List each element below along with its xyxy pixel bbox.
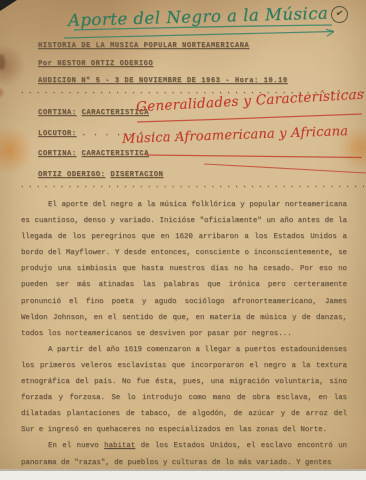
aged-paper-sheet: Aporte del Negro a la Música ✔ HISTORIA …: [0, 0, 366, 469]
paragraph-3: En el nuevo habitat de los Estados Unido…: [21, 438, 347, 470]
cue-value: DISERTACION: [110, 171, 163, 179]
cue-label: LOCUTOR:: [38, 130, 77, 138]
header-title: HISTORIA DE LA MUSICA POPULAR NORTEAMERI…: [38, 38, 358, 56]
cue-disertacion: ORTIZ ODERIGO:DISERTACION: [38, 165, 358, 186]
paragraph-2: A partir del año 1619 comenzaron a llega…: [21, 342, 347, 439]
cue-label: CORTINA:: [38, 150, 77, 158]
cue-label: ORTIZ ODERIGO:: [38, 171, 105, 179]
cue-value: CARACTERISTICA: [82, 150, 149, 158]
document-body: El aporte del negro a la música folklóri…: [21, 197, 347, 471]
scan-bed-edge: [0, 469, 366, 480]
handwritten-title: Aporte del Negro a la Música: [68, 3, 348, 30]
document-header: HISTORIA DE LA MUSICA POPULAR NORTEAMERI…: [38, 38, 358, 91]
cue-cortina-2: CORTINA:CARACTERISTICA: [38, 144, 358, 165]
header-author: Por NESTOR ORTIZ ODERIGO: [38, 56, 358, 74]
cue-label: CORTINA:: [38, 109, 77, 117]
paragraph-3-text: En el nuevo: [48, 442, 104, 450]
edge-smudge: [0, 88, 3, 97]
corner-fold-mark: [0, 0, 17, 11]
scanned-document-page: { "colors": { "paper": "#d7bd92", "typew…: [0, 0, 366, 480]
edge-smudge: [0, 54, 5, 70]
paragraph-1: El aporte del negro a la música folklóri…: [21, 197, 347, 342]
paragraph-3-underlined-word: habitat: [104, 442, 135, 450]
